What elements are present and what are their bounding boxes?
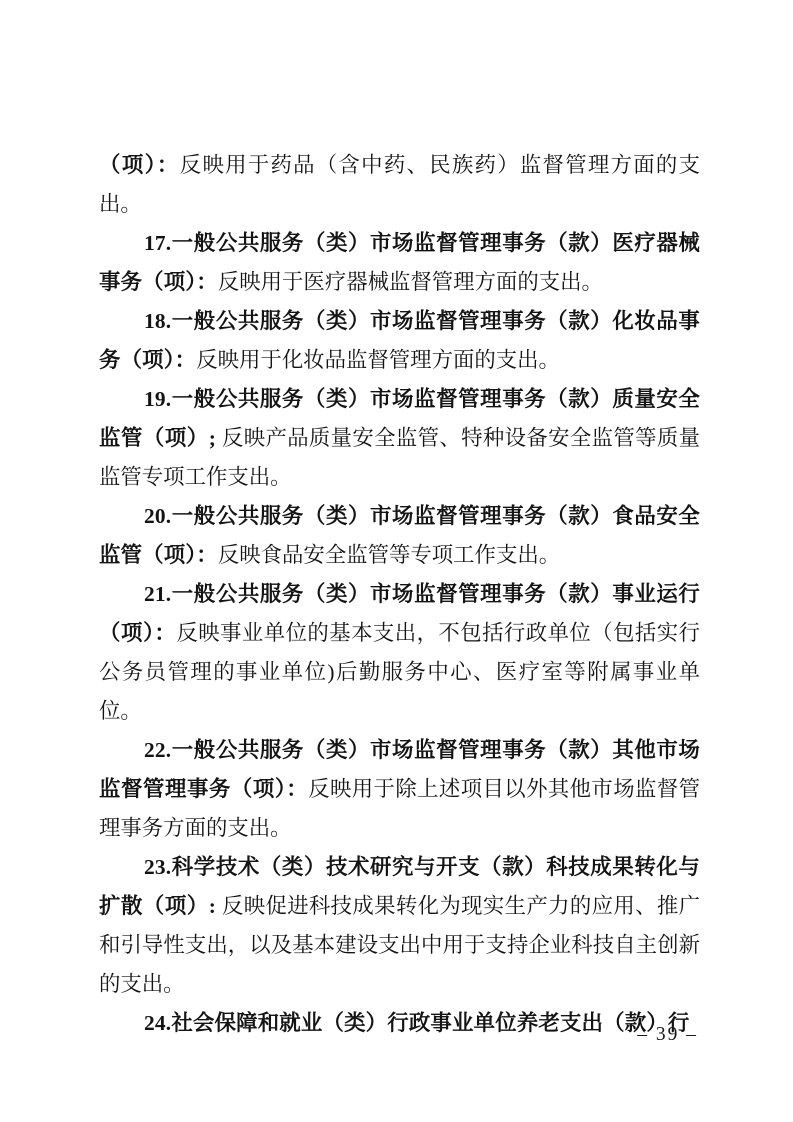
page-number: – 39 – bbox=[637, 1024, 698, 1046]
item-heading: 24.社会保障和就业（类）行政事业单位养老支出（款）行 bbox=[144, 1011, 690, 1035]
paragraph-item-20: 20.一般公共服务（类）市场监督管理事务（款）食品安全监管（项）：反映食品安全监… bbox=[99, 497, 700, 575]
paragraph-item-16-continuation: （项）：反映用于药品（含中药、民族药）监督管理方面的支出。 bbox=[99, 146, 700, 224]
paragraph-item-22: 22.一般公共服务（类）市场监督管理事务（款）其他市场监督管理事务（项）：反映用… bbox=[99, 731, 700, 848]
item-description: 反映食品安全监管等专项工作支出。 bbox=[218, 543, 560, 567]
paragraph-item-19: 19.一般公共服务（类）市场监督管理事务（款）质量安全监管（项）; 反映产品质量… bbox=[99, 380, 700, 497]
paragraph-item-23: 23.科学技术（类）技术研究与开支（款）科技成果转化与扩散（项）: 反映促进科技… bbox=[99, 848, 700, 1004]
item-description: 反映用于药品（含中药、民族药）监督管理方面的支出。 bbox=[99, 153, 700, 216]
paragraph-item-21: 21.一般公共服务（类）市场监督管理事务（款）事业运行（项）：反映事业单位的基本… bbox=[99, 575, 700, 731]
item-description: 反映用于医疗器械监督管理方面的支出。 bbox=[218, 270, 603, 294]
document-body: （项）：反映用于药品（含中药、民族药）监督管理方面的支出。 17.一般公共服务（… bbox=[99, 146, 700, 1043]
paragraph-item-18: 18.一般公共服务（类）市场监督管理事务（款）化妆品事务（项）：反映用于化妆品监… bbox=[99, 302, 700, 380]
item-description: 反映用于化妆品监督管理方面的支出。 bbox=[196, 348, 560, 372]
paragraph-item-17: 17.一般公共服务（类）市场监督管理事务（款）医疗器械事务（项）：反映用于医疗器… bbox=[99, 224, 700, 302]
item-description: 反映事业单位的基本支出，不包括行政单位（包括实行公务员管理的事业单位)后勤服务中… bbox=[99, 621, 700, 723]
paragraph-item-24: 24.社会保障和就业（类）行政事业单位养老支出（款）行 bbox=[99, 1004, 700, 1043]
item-heading: （项）： bbox=[99, 153, 180, 177]
document-page: （项）：反映用于药品（含中药、民族药）监督管理方面的支出。 17.一般公共服务（… bbox=[0, 0, 793, 1122]
